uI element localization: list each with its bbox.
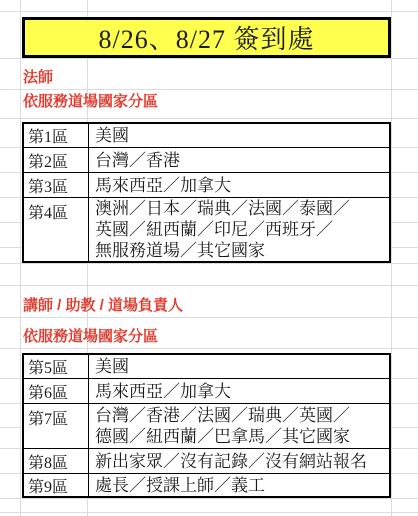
zone-content-line: 澳洲／日本／瑞典／法國／泰國／ (95, 198, 389, 219)
zone-content-cell[interactable]: 新出家眾／沒有記錄／沒有網站報名 (89, 449, 389, 473)
zone-content-cell[interactable]: 馬來西亞／加拿大 (89, 173, 389, 197)
gridline-vertical (391, 0, 392, 516)
section1-group-heading: 依服務道場國家分區 (23, 93, 158, 111)
zone-content-line: 美國 (95, 356, 389, 377)
gridline-horizontal (0, 11, 418, 12)
zone-cell[interactable]: 第9區 (24, 474, 89, 496)
zone-label: 第8區 (28, 450, 68, 473)
zone-content-line: 馬來西亞／加拿大 (95, 175, 389, 196)
zone-cell[interactable]: 第6區 (24, 379, 89, 403)
zone-label: 第4區 (28, 200, 68, 223)
table-row: 第6區 馬來西亞／加拿大 (24, 378, 389, 403)
table-row: 第9區 處長／授課上師／義工 (24, 473, 389, 496)
zone-content-cell[interactable]: 澳洲／日本／瑞典／法國／泰國／ 英國／紐西蘭／印尼／西班牙／ 無服務道場／其它國… (89, 198, 389, 261)
zone-cell[interactable]: 第2區 (24, 148, 89, 172)
zone-content-line: 台灣／香港／法國／瑞典／英國／ (95, 405, 389, 426)
table-row: 第8區 新出家眾／沒有記錄／沒有網站報名 (24, 448, 389, 473)
zone-content-line: 英國／紐西蘭／印尼／西班牙／ (95, 219, 389, 240)
section1-role-heading: 法師 (23, 69, 53, 87)
gridline-horizontal (0, 285, 418, 286)
table-row: 第1區 美國 (24, 124, 389, 147)
section2-role-heading: 講師 / 助教 / 道場負責人 (23, 297, 183, 315)
table-row: 第5區 美國 (24, 355, 389, 378)
zone-content-line: 新出家眾／沒有記錄／沒有網站報名 (95, 451, 389, 472)
zone-content-cell[interactable]: 台灣／香港／法國／瑞典／英國／ 德國／紐西蘭／巴拿馬／其它國家 (89, 404, 389, 448)
zone-cell[interactable]: 第3區 (24, 173, 89, 197)
zone-label: 第3區 (28, 174, 68, 197)
table-row: 第2區 台灣／香港 (24, 147, 389, 172)
zone-content-line: 處長／授課上師／義工 (95, 475, 389, 496)
zone-table-monastics: 第1區 美國 第2區 台灣／香港 第3區 馬來西亞／加拿大 第4區 澳洲／日本／… (22, 122, 391, 263)
zone-label: 第2區 (28, 149, 68, 172)
zone-table-teachers: 第5區 美國 第6區 馬來西亞／加拿大 第7區 台灣／香港／法國／瑞典／英國／ … (22, 353, 391, 498)
gridline-horizontal (0, 118, 418, 119)
zone-content-cell[interactable]: 美國 (89, 355, 389, 378)
gridline-horizontal (0, 263, 418, 264)
zone-content-cell[interactable]: 美國 (89, 124, 389, 147)
gridline-horizontal (0, 498, 418, 499)
zone-cell[interactable]: 第5區 (24, 355, 89, 378)
zone-content-cell[interactable]: 處長／授課上師／義工 (89, 474, 389, 496)
table-row: 第4區 澳洲／日本／瑞典／法國／泰國／ 英國／紐西蘭／印尼／西班牙／ 無服務道場… (24, 197, 389, 261)
zone-cell[interactable]: 第7區 (24, 404, 89, 448)
zone-label: 第9區 (28, 474, 68, 497)
zone-content-line: 德國／紐西蘭／巴拿馬／其它國家 (95, 426, 389, 447)
zone-content-cell[interactable]: 台灣／香港 (89, 148, 389, 172)
gridline-horizontal (0, 89, 418, 90)
zone-label: 第1區 (28, 124, 68, 147)
gridline-horizontal (0, 317, 418, 318)
gridline-vertical (20, 0, 21, 516)
table-row: 第7區 台灣／香港／法國／瑞典／英國／ 德國／紐西蘭／巴拿馬／其它國家 (24, 403, 389, 448)
zone-label: 第6區 (28, 380, 68, 403)
signin-title-text: 8/26、8/27 簽到處 (99, 19, 315, 56)
gridline-horizontal (0, 348, 418, 349)
zone-cell[interactable]: 第8區 (24, 449, 89, 473)
gridline-horizontal (0, 58, 418, 59)
zone-content-line: 馬來西亞／加拿大 (95, 381, 389, 402)
zone-label: 第5區 (28, 355, 68, 378)
zone-content-line: 台灣／香港 (95, 150, 389, 171)
signin-title-banner: 8/26、8/27 簽到處 (22, 17, 391, 58)
zone-cell[interactable]: 第4區 (24, 198, 89, 261)
spreadsheet-canvas: 8/26、8/27 簽到處 法師 依服務道場國家分區 第1區 美國 第2區 台灣… (0, 0, 418, 516)
gridline-horizontal (0, 512, 418, 513)
zone-content-line: 美國 (95, 125, 389, 146)
zone-content-line: 無服務道場／其它國家 (95, 240, 389, 261)
zone-label: 第7區 (28, 406, 68, 429)
zone-content-cell[interactable]: 馬來西亞／加拿大 (89, 379, 389, 403)
table-row: 第3區 馬來西亞／加拿大 (24, 172, 389, 197)
zone-cell[interactable]: 第1區 (24, 124, 89, 147)
section2-group-heading: 依服務道場國家分區 (23, 328, 158, 346)
